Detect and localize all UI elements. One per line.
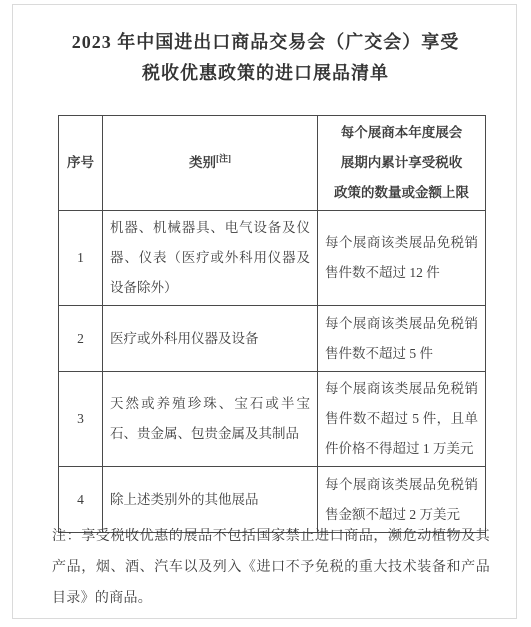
footnote: 注：享受税收优惠的展品不包括国家禁止进口商品，濒危动植物及其产品，烟、酒、汽车以…: [52, 521, 490, 614]
row-1-index-cell: 1: [59, 211, 103, 306]
row-3-limit-cell: 每个展商该类展品免税销售件数不超过 5 件，且单件价格不得超过 1 万美元: [318, 372, 486, 467]
header-category-note-marker: [注]: [216, 154, 231, 164]
table-row: 3 天然或养殖珍珠、宝石或半宝石、贵金属、包贵金属及其制品 每个展商该类展品免税…: [59, 372, 486, 467]
header-index: 序号: [59, 116, 103, 211]
row-2-category-cell: 医疗或外科用仪器及设备: [103, 306, 318, 372]
table-header-row: 序号 类别[注] 每个展商本年度展会 展期内累计享受税收 政策的数量或金额上限: [59, 116, 486, 211]
table-row: 1 机器、机械器具、电气设备及仪器、仪表（医疗或外科用仪器及设备除外） 每个展商…: [59, 211, 486, 306]
row-3-index-cell: 3: [59, 372, 103, 467]
table-row: 2 医疗或外科用仪器及设备 每个展商该类展品免税销售件数不超过 5 件: [59, 306, 486, 372]
header-limit: 每个展商本年度展会 展期内累计享受税收 政策的数量或金额上限: [318, 116, 486, 211]
row-1-category-cell: 机器、机械器具、电气设备及仪器、仪表（医疗或外科用仪器及设备除外）: [103, 211, 318, 306]
row-3-category-cell: 天然或养殖珍珠、宝石或半宝石、贵金属、包贵金属及其制品: [103, 372, 318, 467]
row-2-limit-cell: 每个展商该类展品免税销售件数不超过 5 件: [318, 306, 486, 372]
document-title: 2023 年中国进出口商品交易会（广交会）享受 税收优惠政策的进口展品清单: [0, 27, 531, 89]
header-category: 类别[注]: [103, 116, 318, 211]
row-2-index-cell: 2: [59, 306, 103, 372]
header-category-label: 类别: [189, 155, 216, 170]
row-1-limit-cell: 每个展商该类展品免税销售件数不超过 12 件: [318, 211, 486, 306]
exhibit-table: 序号 类别[注] 每个展商本年度展会 展期内累计享受税收 政策的数量或金额上限 …: [58, 115, 486, 533]
